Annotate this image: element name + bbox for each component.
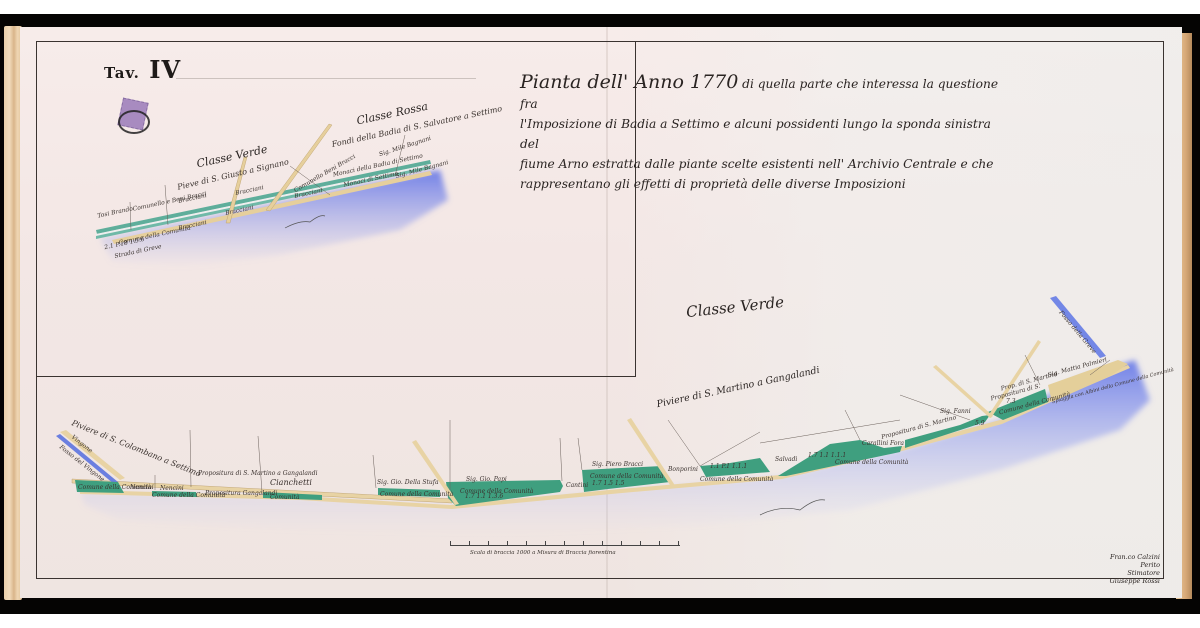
parcel-label: Salvadi bbox=[775, 456, 797, 463]
parcel-figures: 1.7 1.5 1.5 bbox=[592, 480, 624, 487]
scale-tick bbox=[659, 541, 660, 546]
signature-block: Fran.co Calzini Perito Stimatore Giusepp… bbox=[1108, 553, 1160, 585]
parcel-label: Sig. Piero Bracci bbox=[592, 461, 643, 468]
parcel-label: Nencini bbox=[160, 485, 184, 492]
parcel-label: Nencini bbox=[130, 484, 154, 491]
scale-tick bbox=[640, 541, 641, 546]
scale-line bbox=[450, 545, 680, 546]
parcel-label: Comunità bbox=[270, 494, 300, 501]
scale-tick bbox=[602, 541, 603, 546]
map-drawing bbox=[0, 0, 1200, 628]
parcel-label: Sig. Gio. Della Stufa bbox=[377, 479, 439, 486]
parcel-label: Comune della Comunità bbox=[700, 476, 773, 483]
parcel-label: Sig. Fanni bbox=[940, 408, 971, 415]
signature-line: Perito Stimatore bbox=[1108, 561, 1160, 577]
river-arno bbox=[80, 360, 1150, 535]
parcel-label: Comune della Comunità bbox=[835, 459, 908, 466]
parcel-figures: 1.1 P.1 1.1.1 bbox=[710, 463, 747, 470]
scale-tick bbox=[450, 541, 451, 546]
parcel-figures: 1.7 1.1 1.1.1 bbox=[808, 452, 846, 459]
parcel-figures: 5.9 bbox=[975, 420, 985, 427]
parcel-label: Propositura di S. Martino a Gangalandi bbox=[198, 470, 318, 477]
parcel-label: Cantini bbox=[566, 482, 588, 489]
parcel-label: Bonporini bbox=[668, 466, 698, 473]
signature-line: Giuseppe Rossi bbox=[1108, 577, 1160, 585]
parcel-figures: 1.7 1.1 1.3.6 bbox=[465, 493, 503, 500]
scale-tick bbox=[678, 541, 679, 546]
scale-tick bbox=[488, 541, 489, 546]
scale-tick bbox=[545, 541, 546, 546]
parcel-label: Comune della Comunità bbox=[380, 491, 453, 498]
main-map bbox=[56, 296, 1150, 535]
scale-tick bbox=[564, 541, 565, 546]
scale-tick bbox=[621, 541, 622, 546]
scale-tick bbox=[526, 541, 527, 546]
parcel-label: Propositura Gangalandi bbox=[205, 490, 277, 497]
scale-tick bbox=[469, 541, 470, 546]
scale-tick bbox=[507, 541, 508, 546]
signature-line: Fran.co Calzini bbox=[1108, 553, 1160, 561]
parcel-label: Sig. Gio. Papi bbox=[466, 476, 507, 483]
parcel-figures: 7.3 bbox=[1006, 398, 1016, 405]
scale-label: Scala di braccia 1000 a Misura di Bracci… bbox=[470, 550, 616, 556]
parcel-label: Carallini Fora bbox=[862, 440, 904, 447]
parcel-label: Cianchetti bbox=[270, 478, 312, 487]
parcel-label: Comune della Comunità bbox=[590, 473, 663, 480]
scale-tick bbox=[583, 541, 584, 546]
